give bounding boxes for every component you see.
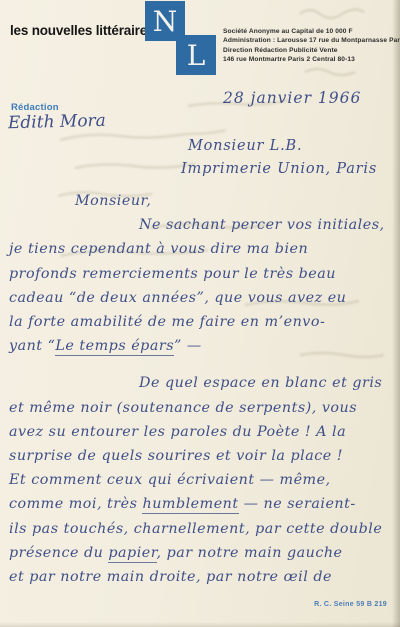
handwriting-line: Ne sachant percer vos initiales, bbox=[9, 213, 397, 237]
underlined-handwritten-text: papier bbox=[108, 545, 156, 563]
handwritten-text: De quel espace en blanc et gris bbox=[139, 375, 382, 391]
handwritten-text: comme moi, très bbox=[9, 496, 142, 512]
address-line: Société Anonyme au Capital de 10 000 F bbox=[223, 27, 400, 36]
date-handwritten: 28 janvier 1966 bbox=[223, 89, 361, 107]
handwriting-line: Et comment ceux qui écrivaient — même, bbox=[9, 468, 397, 492]
publisher-address-block: Société Anonyme au Capital de 10 000 F A… bbox=[223, 27, 400, 65]
underlined-handwritten-text: humblement bbox=[142, 496, 238, 514]
address-line: 146 rue Montmartre Paris 2 Central 80-13 bbox=[223, 55, 400, 64]
handwritten-text: et même noir (soutenance de serpents), v… bbox=[9, 400, 357, 416]
handwriting-line: avez su entourer les paroles du Poète ! … bbox=[9, 420, 397, 444]
handwritten-text: surprise de quels sourires et voir la pl… bbox=[9, 448, 343, 464]
handwritten-text: ils pas touchés, charnellement, par cett… bbox=[9, 521, 382, 537]
handwritten-text: présence du bbox=[9, 545, 108, 561]
letter-body: Monsieur,Ne sachant percer vos initiales… bbox=[9, 189, 397, 589]
paper-edge-shadow bbox=[392, 0, 400, 627]
handwritten-text: Et comment ceux qui écrivaient — même, bbox=[9, 472, 331, 488]
handwritten-text: Monsieur, bbox=[75, 193, 151, 209]
handwritten-text: avez su entourer les paroles du Poète ! … bbox=[9, 424, 346, 440]
handwriting-line: je tiens cependant à vous dire ma bien bbox=[9, 237, 397, 261]
letter-page: les nouvelles littéraires N L Société An… bbox=[0, 0, 400, 627]
trade-register-number: R. C. Seine 59 B 219 bbox=[314, 601, 387, 608]
handwriting-line: profonds remerciements pour le très beau bbox=[9, 262, 397, 286]
handwritten-text: — ne seraient- bbox=[239, 496, 356, 512]
brand-title: les nouvelles littéraires bbox=[10, 23, 154, 38]
recipient-address-handwritten: Imprimerie Union, Paris bbox=[181, 161, 377, 177]
address-line: Administration : Larousse 17 rue du Mont… bbox=[223, 36, 400, 45]
handwriting-line: comme moi, très humblement — ne seraient… bbox=[9, 492, 397, 516]
handwriting-line: et même noir (soutenance de serpents), v… bbox=[9, 396, 397, 420]
handwriting-line: ils pas touchés, charnellement, par cett… bbox=[9, 517, 397, 541]
handwriting-line: cadeau “de deux années”, que vous avez e… bbox=[9, 286, 397, 310]
handwriting-line: yant “Le temps épars” — bbox=[9, 334, 397, 358]
handwriting-line: et par notre main droite, par notre œil … bbox=[9, 565, 397, 589]
address-line: Direction Rédaction Publicité Vente bbox=[223, 46, 400, 55]
handwritten-text: cadeau “de deux années”, que vous avez e… bbox=[9, 290, 346, 306]
recipient-name-handwritten: Monsieur L.B. bbox=[188, 138, 302, 154]
handwriting-line: De quel espace en blanc et gris bbox=[9, 371, 397, 395]
logo-letter-l: L bbox=[176, 35, 216, 75]
handwriting-line: présence du papier, par notre main gauch… bbox=[9, 541, 397, 565]
sender-name-handwritten: Edith Mora bbox=[8, 111, 106, 134]
handwritten-text: , par notre main gauche bbox=[157, 545, 343, 561]
handwriting-line: Monsieur, bbox=[9, 189, 397, 213]
handwritten-text: Ne sachant percer vos initiales, bbox=[139, 217, 385, 233]
underlined-handwritten-text: Le temps épars bbox=[55, 338, 174, 356]
handwritten-text: profonds remerciements pour le très beau bbox=[9, 266, 336, 282]
handwriting-line: la forte amabilité de me faire en m’envo… bbox=[9, 310, 397, 334]
handwritten-text: et par notre main droite, par notre œil … bbox=[9, 569, 332, 585]
handwritten-text: je tiens cependant à vous dire ma bien bbox=[9, 241, 308, 257]
handwritten-text: la forte amabilité de me faire en m’envo… bbox=[9, 314, 325, 330]
handwritten-text: yant “ bbox=[9, 338, 55, 354]
handwritten-text: ” — bbox=[174, 338, 202, 354]
handwriting-line: surprise de quels sourires et voir la pl… bbox=[9, 444, 397, 468]
paper-bottom-shadow bbox=[0, 622, 400, 627]
